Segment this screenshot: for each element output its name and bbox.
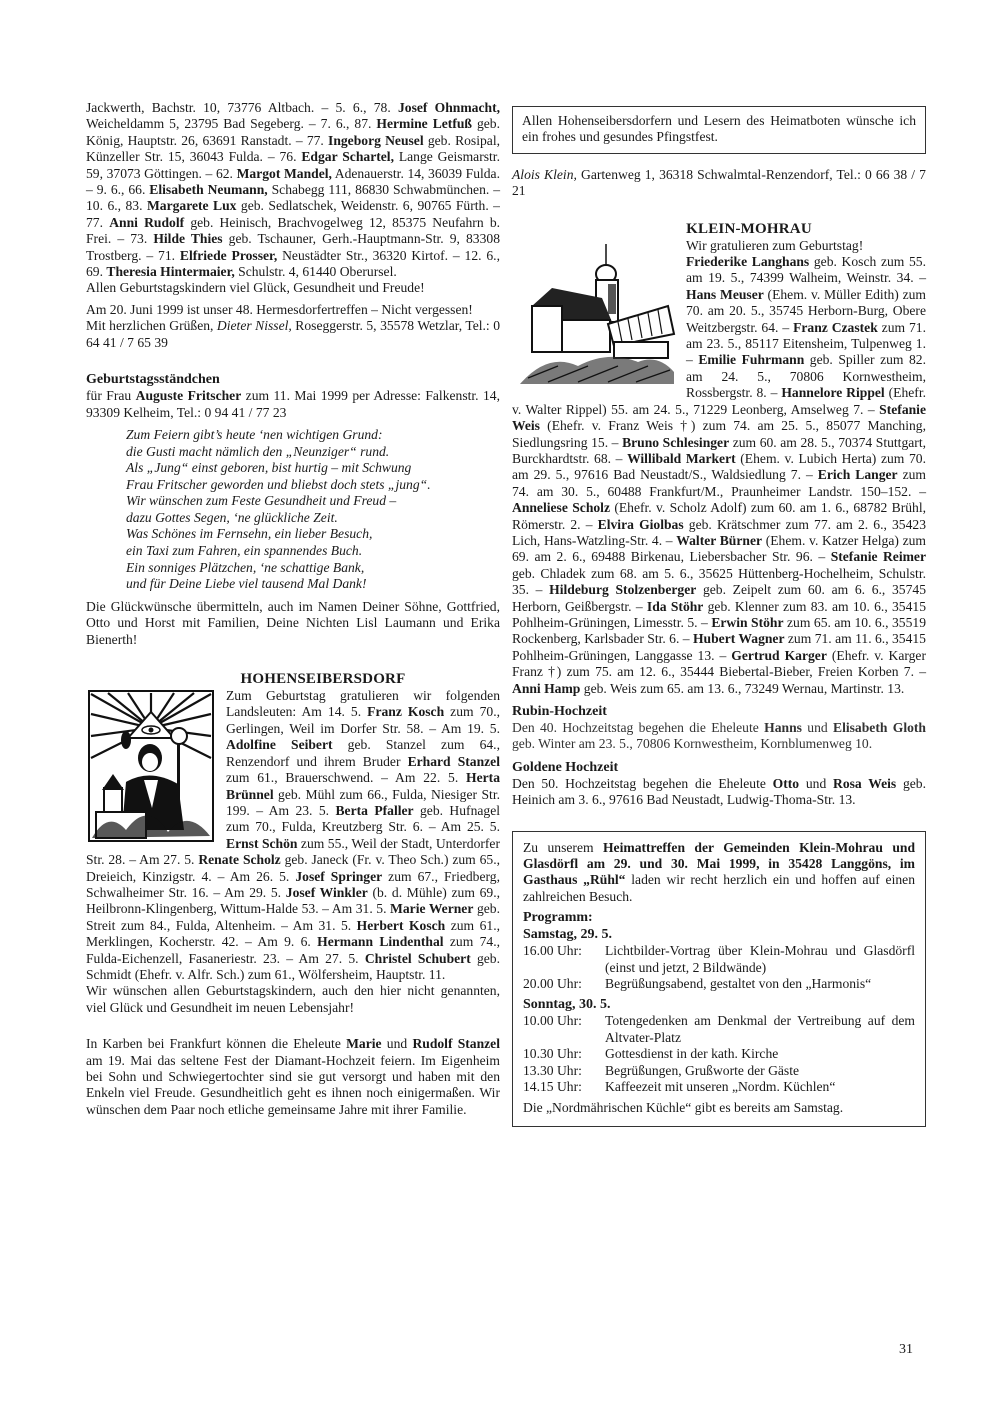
person-name: Hermine Letfuß: [376, 116, 472, 131]
pentecost-greeting-text: Allen Hohenseibersdorfern und Lesern des…: [522, 113, 916, 146]
program-description: Lichtbilder-Vortrag über Klein-Mohrau un…: [605, 943, 915, 976]
text-run: Weicheldamm 5, 23795 Bad Segeberg. – 7. …: [86, 116, 376, 131]
poem-line: Zum Feiern gibt’s heute ‘nen wichtigen G…: [126, 427, 500, 444]
program-item: 13.30 Uhr:Begrüßungen, Grußworte der Gäs…: [523, 1063, 915, 1079]
person-name: Margot Mandel,: [237, 166, 332, 181]
poem-line: und für Deine Liebe viel tausend Mal Dan…: [126, 576, 500, 593]
person-name: Ernst Schön: [226, 836, 297, 851]
poem-line: die Gusti macht nämlich den „Neunziger“ …: [126, 444, 500, 461]
person-name: Emilie Fuhrmann: [698, 352, 804, 367]
program-day-label: Samstag, 29. 5.: [523, 926, 915, 943]
text-run: und: [802, 720, 833, 735]
staendchen-closing: Die Glückwünsche übermitteln, auch im Na…: [86, 599, 500, 648]
woodcut-illustration: [88, 690, 214, 842]
person-name: Erwin Stöhr: [711, 615, 783, 630]
person-name: Hermann Lindenthal: [317, 934, 443, 949]
person-name: Gertrud Karger: [731, 648, 827, 663]
program-time: 13.30 Uhr:: [523, 1063, 605, 1079]
program-item: 14.15 Uhr:Kaffeezeit mit unseren „Nordm.…: [523, 1079, 915, 1095]
person-name: Otto: [773, 776, 799, 791]
person-name: Friederike Langhans: [686, 254, 809, 269]
person-name: Hans Meuser: [686, 287, 764, 302]
person-name: Franz Czastek: [793, 320, 878, 335]
church-sketch-icon: [518, 242, 676, 388]
poem-line: ein Taxi zum Fahren, ein spannendes Buch…: [126, 543, 500, 560]
right-column: Allen Hohenseibersdorfern und Lesern des…: [512, 100, 926, 1127]
person-name: Walter Bürner: [676, 533, 762, 548]
saint-woodcut-icon: [88, 690, 214, 842]
greeting-prefix: Mit herzlichen Grüßen,: [86, 318, 217, 333]
person-name: Elfriede Prosser,: [180, 248, 277, 263]
hohenseibersdorf-heading: HOHENSEIBERSDORF: [86, 670, 500, 688]
program-time: 20.00 Uhr:: [523, 976, 605, 992]
greeting: Mit herzlichen Grüßen, Dieter Nissel, Ro…: [86, 318, 500, 351]
golden-text: Den 50. Hochzeitstag begehen die Eheleut…: [512, 776, 926, 809]
program-time: 14.15 Uhr:: [523, 1079, 605, 1095]
person-name: Erich Langer: [818, 467, 898, 482]
person-name: Franz Kosch: [367, 704, 444, 719]
meeting-line: Am 20. Juni 1999 ist unser 48. Hermesdor…: [86, 302, 500, 318]
signature-name: Alois Klein,: [512, 167, 577, 182]
person-name: Elisabeth Gloth: [833, 720, 926, 735]
text-run: geb. Weis zum 65. am 13. 6., 73249 Werna…: [580, 681, 904, 696]
meeting-intro: Zu unserem Heimattreffen der Gemeinden K…: [523, 840, 915, 906]
person-name: Ida Stöhr: [647, 599, 703, 614]
program-day-label: Sonntag, 30. 5.: [523, 996, 915, 1013]
person-name: Hildeburg Stolzenberger: [549, 582, 696, 597]
poem-line: Ein sonniges Plätzchen, ‘ne schattige Ba…: [126, 560, 500, 577]
diamond-wedding: In Karben bei Frankfurt können die Ehele…: [86, 1036, 500, 1118]
intro-prefix: für Frau: [86, 388, 136, 403]
program-time: 16.00 Uhr:: [523, 943, 605, 976]
program-description: Kaffeezeit mit unseren „Nordm. Küchlen“: [605, 1079, 915, 1095]
text-run: und: [382, 1036, 413, 1051]
text-run: und: [799, 776, 833, 791]
person-name: Josef Ohnmacht,: [398, 100, 500, 115]
text-run: Den 40. Hochzeitstag begehen die Eheleut…: [512, 720, 764, 735]
program-description: Begrüßungen, Grußworte der Gäste: [605, 1063, 915, 1079]
text-run: geb. Winter am 23. 5., 70806 Kornwesthei…: [512, 736, 872, 751]
program-description: Begrüßungsabend, gestaltet von den „Harm…: [605, 976, 915, 992]
text-run: am 19. Mai das seltene Fest der Diamant-…: [86, 1053, 500, 1117]
pentecost-greeting-box: Allen Hohenseibersdorfern und Lesern des…: [512, 106, 926, 154]
person-name: Anneliese Scholz: [512, 500, 610, 515]
person-name: Elvira Giolbas: [598, 517, 684, 532]
staendchen-intro: für Frau Auguste Fritscher zum 11. Mai 1…: [86, 388, 500, 421]
person-name: Josef Winkler: [286, 885, 368, 900]
text-run: Jackwerth, Bachstr. 10, 73776 Altbach. –…: [86, 100, 398, 115]
staendchen-heading: Geburtstagsständchen: [86, 371, 500, 388]
person-name: Hilde Thies: [153, 231, 222, 246]
person-name: Josef Springer: [295, 869, 382, 884]
text-run: zum 61., Brauerschwend. – Am 22. 5.: [226, 770, 466, 785]
person-name: Hannelore Rippel: [781, 385, 884, 400]
rubin-text: Den 40. Hochzeitstag begehen die Eheleut…: [512, 720, 926, 753]
person-name: Herbert Kosch: [357, 918, 446, 933]
program-heading: Programm:: [523, 909, 915, 926]
person-name: Anni Rudolf: [109, 215, 184, 230]
poem-line: Als „Jung“ einst geboren, bist hurtig – …: [126, 460, 500, 477]
person-name: Willibald Markert: [627, 451, 736, 466]
poem-line: Wir wünschen zum Feste Gesundheit und Fr…: [126, 493, 500, 510]
program-item: 10.30 Uhr:Gottesdienst in der kath. Kirc…: [523, 1046, 915, 1062]
birthday-poem: Zum Feiern gibt’s heute ‘nen wichtigen G…: [126, 427, 500, 593]
poem-line: dazu Gottes Segen, ‘ne glückliche Zeit.: [126, 510, 500, 527]
text-run: In Karben bei Frankfurt können die Ehele…: [86, 1036, 346, 1051]
text-run: Zu unserem: [523, 840, 603, 855]
person-name: Edgar Schartel,: [301, 149, 394, 164]
greeting-author: Dieter Nissel,: [217, 318, 292, 333]
golden-heading: Goldene Hochzeit: [512, 759, 926, 776]
signature: Alois Klein, Gartenweg 1, 36318 Schwalmt…: [512, 167, 926, 200]
person-name: Erhard Stanzel: [408, 754, 500, 769]
page-number: 31: [899, 1342, 913, 1358]
person-name: Marie Werner: [390, 901, 473, 916]
person-name: Ingeborg Neusel: [328, 133, 424, 148]
program-days: Samstag, 29. 5.16.00 Uhr:Lichtbilder-Vor…: [523, 926, 915, 1095]
person-name: Adolfine Seibert: [226, 737, 333, 752]
program-time: 10.00 Uhr:: [523, 1013, 605, 1046]
person-name: Christel Schubert: [365, 951, 471, 966]
person-name: Bruno Schlesinger: [622, 435, 729, 450]
birthday-list-continued: Jackwerth, Bachstr. 10, 73776 Altbach. –…: [86, 100, 500, 280]
left-column: Jackwerth, Bachstr. 10, 73776 Altbach. –…: [86, 100, 500, 1118]
person-name: Hanns: [764, 720, 802, 735]
program-description: Gottesdienst in der kath. Kirche: [605, 1046, 915, 1062]
program-item: 10.00 Uhr:Totengedenken am Denkmal der V…: [523, 1013, 915, 1046]
meeting-invitation-box: Zu unserem Heimattreffen der Gemeinden K…: [512, 831, 926, 1127]
person-name: Rosa Weis: [833, 776, 896, 791]
program-item: 16.00 Uhr:Lichtbilder-Vortrag über Klein…: [523, 943, 915, 976]
person-name: Renate Scholz: [198, 852, 280, 867]
program-footer: Die „Nordmährischen Küchle“ gibt es bere…: [523, 1100, 915, 1116]
person-name: Margarete Lux: [147, 198, 237, 213]
klein-mohrau-heading: KLEIN-MOHRAU: [512, 220, 926, 238]
person-name: Elisabeth Neumann,: [149, 182, 267, 197]
person-name: Hubert Wagner: [693, 631, 785, 646]
rubin-heading: Rubin-Hochzeit: [512, 703, 926, 720]
church-illustration: [518, 242, 676, 388]
wishes-line: Allen Geburtstagskindern viel Glück, Ges…: [86, 280, 500, 296]
poem-line: Frau Fritscher geworden und bliebst doch…: [126, 477, 500, 494]
person-name: Marie: [346, 1036, 381, 1051]
hohenseibersdorf-wishes: Wir wünschen allen Geburtstagskindern, a…: [86, 983, 500, 1016]
intro-name: Auguste Fritscher: [136, 388, 242, 403]
program-item: 20.00 Uhr:Begrüßungsabend, gestaltet von…: [523, 976, 915, 992]
program-time: 10.30 Uhr:: [523, 1046, 605, 1062]
person-name: Stefanie Reimer: [831, 549, 926, 564]
program-description: Totengedenken am Denkmal der Vertreibung…: [605, 1013, 915, 1046]
text-run: Schulstr. 4, 61440 Oberursel.: [235, 264, 397, 279]
person-name: Rudolf Stanzel: [412, 1036, 500, 1051]
person-name: Anni Hamp: [512, 681, 580, 696]
text-run: Den 50. Hochzeitstag begehen die Eheleut…: [512, 776, 773, 791]
person-name: Berta Pfaller: [335, 803, 413, 818]
person-name: Theresia Hintermaier,: [106, 264, 234, 279]
poem-line: Was Schönes im Fernsehn, ein lieber Besu…: [126, 526, 500, 543]
